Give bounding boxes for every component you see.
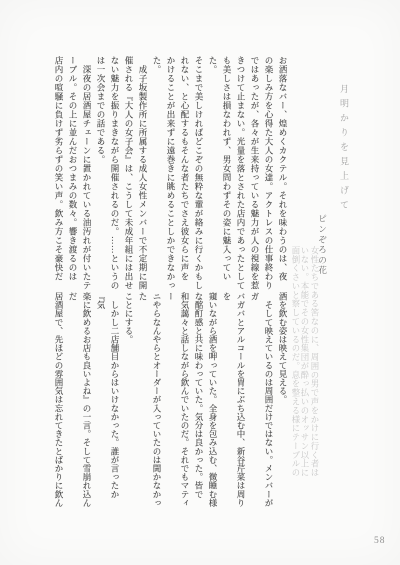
text-column: 窺いながら酒を呷っていた。全身を包み込む、微睡む様 bbox=[206, 292, 220, 508]
text-column: ーブル。その上に並んだおつまみの数々。響き渡るのは bbox=[66, 56, 80, 292]
text-column: 酒を飲む姿は映えて見える。 bbox=[276, 292, 290, 508]
text-column: そこまで美しければどこぞの無粋な輩が絡みに行くかもし bbox=[192, 56, 206, 292]
text-column: も美しさは損なわれず、男女問わずその姿に魅入っていた。 bbox=[206, 56, 234, 292]
bleedthrough-column: いない。本能でその女性集団が酔っ払いのオッサン以上に bbox=[299, 246, 309, 496]
text-column: ではあったが、各々が生来持っている魅力が人の視線を惹 bbox=[248, 56, 262, 292]
text-column: ことにする。 bbox=[122, 292, 136, 508]
text-column: た。 bbox=[150, 56, 164, 292]
book-page: 月明かりを見上げて ピンぞろの花 女性たちである筈なのに、周囲の男で声をかけに行… bbox=[0, 0, 400, 565]
body-text-top-block: お洒落なバー、煌めくカクテル。それを味わうのは、夜の楽しみ方を心得た大人の女達。… bbox=[52, 56, 290, 292]
text-column: 成子坂製作所に所属する成人女性メンバーで不定期に開 bbox=[136, 56, 150, 292]
text-column: 催される『大人の女子会』は、こうして未成年組には出せ bbox=[122, 56, 136, 292]
text-column: しかし二店舗目からはいけなかった。誰が言ったか『気 bbox=[94, 292, 122, 508]
text-column: の楽しみ方を心得た大人の女達。アクトレスの仕事終わり bbox=[262, 56, 276, 292]
text-column: ない魅力を振りまきながら開催されるのだ。……というの bbox=[108, 56, 122, 292]
text-column: な酩酊感と共に味わっていた。気分は良かった。皆で bbox=[192, 292, 206, 508]
text-column: れない、と心配するもそんな者たちでさえ彼女らに声を bbox=[178, 56, 192, 292]
text-column: 楽に飲めるお店も良いよね』の一言。そして雪崩れ込んだ bbox=[66, 292, 94, 508]
text-column: バガバとアルコールを胃にぶち込む中、新谷芹菜は周りを bbox=[220, 292, 248, 508]
text-column: 店内の喧騒に負けず劣らずの笑い声。飲み方こそ豪快だ bbox=[52, 56, 66, 292]
text-column: は一次会までの話である。 bbox=[94, 56, 108, 292]
text-column: かけることが出来ずに遠巻きに眺めることしかできなかっ bbox=[164, 56, 178, 292]
text-column: 和気藹々と話しながら飲んでいたのだ。それでもマティー bbox=[164, 292, 192, 508]
text-column: 居酒屋で、先ほどの雰囲気は忘れてきたとばかりに飲んで bbox=[52, 292, 66, 508]
bleedthrough-column: 女性たちである筈なのに、周囲の男で声をかけに行く者は bbox=[309, 246, 319, 496]
running-header-book-title: 月明かりを見上げて bbox=[338, 84, 351, 224]
text-column: 深夜の居酒屋チェーンに置かれている油汚れが付いたテ bbox=[80, 56, 94, 292]
body-text-bottom-block: 酒を飲む姿は映えて見える。 そして映えているのは周囲だけではない。メンバーがガバ… bbox=[52, 292, 290, 508]
text-column: きつけて止まない。光量を落とされた店内であったとして bbox=[234, 56, 248, 292]
text-column: ニやらなんやらとオーダーが入っていたのは聞かなかった bbox=[136, 292, 164, 508]
page-number: 58 bbox=[374, 536, 386, 546]
text-column: そして映えているのは周囲だけではない。メンバーがガ bbox=[248, 292, 276, 508]
text-column: お洒落なバー、煌めくカクテル。それを味わうのは、夜 bbox=[276, 56, 290, 292]
bleedthrough-column: 面倒くさいと察しているのだ。息を整える様にテーブルの bbox=[290, 246, 300, 496]
